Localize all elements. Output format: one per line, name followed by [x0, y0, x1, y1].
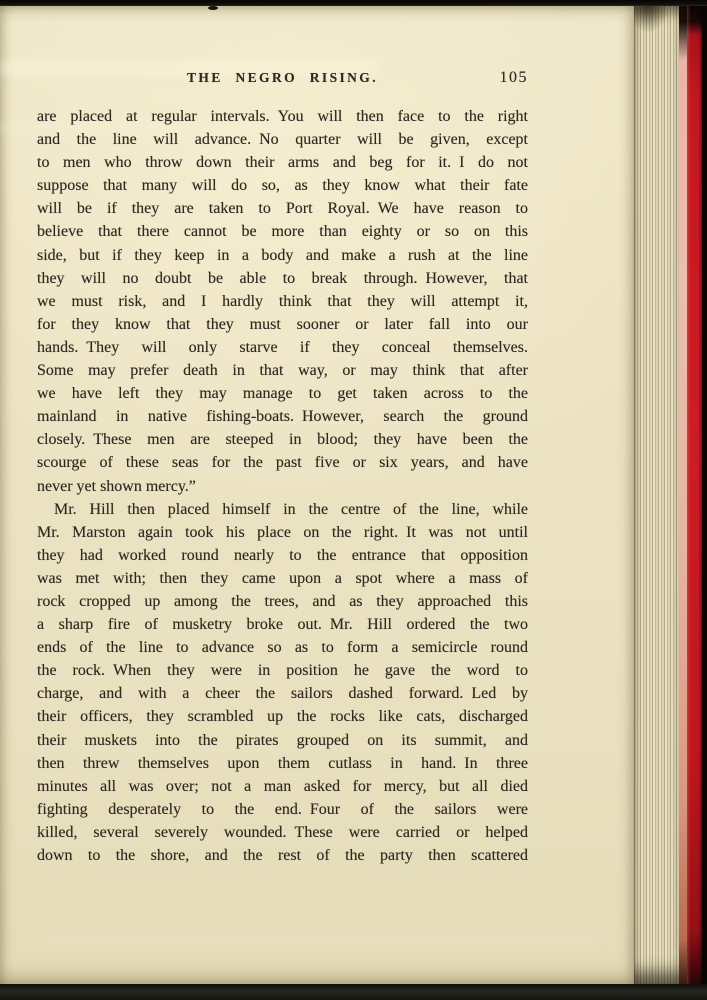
- running-header: THE NEGRO RISING. 105: [37, 70, 528, 92]
- text-line: to men who throw down their arms and beg…: [37, 151, 528, 174]
- text-line: scourge of these seas for the past five …: [37, 451, 528, 474]
- text-line: then threw themselves upon them cutlass …: [37, 752, 528, 775]
- text-line: ends of the line to advance so as to for…: [37, 636, 528, 659]
- book-cover-red: [687, 0, 702, 1000]
- text-line: mainland in native fishing-boats. Howeve…: [37, 405, 528, 428]
- text-line: for they know that they must sooner or l…: [37, 313, 528, 336]
- scanner-background-bottom: [0, 984, 707, 1000]
- text-line: side, but if they keep in a body and mak…: [37, 244, 528, 267]
- text-line: charge, and with a cheer the sailors das…: [37, 682, 528, 705]
- page-number: 105: [500, 69, 529, 87]
- text-line: they had worked round nearly to the entr…: [37, 544, 528, 567]
- text-line: rock cropped up among the trees, and as …: [37, 590, 528, 613]
- text-line: are placed at regular intervals. You wil…: [37, 105, 528, 128]
- text-line: suppose that many will do so, as they kn…: [37, 174, 528, 197]
- text-line: closely. These men are steeped in blood;…: [37, 428, 528, 451]
- text-line: killed, several severely wounded. These …: [37, 821, 528, 844]
- text-line: a sharp fire of musketry broke out. Mr. …: [37, 613, 528, 636]
- text-line: will be if they are taken to Port Royal.…: [37, 197, 528, 220]
- scan-light-band: [40, 935, 600, 943]
- scanner-background-top: [0, 0, 707, 6]
- page-fore-edge: [634, 4, 679, 985]
- text-line: down to the shore, and the rest of the p…: [37, 844, 528, 867]
- text-line: their officers, they scrambled up the ro…: [37, 705, 528, 728]
- book-scan: THE NEGRO RISING. 105 are placed at regu…: [0, 0, 707, 1000]
- text-line: was met with; then they came upon a spot…: [37, 567, 528, 590]
- text-line: we must risk, and I hardly think that th…: [37, 290, 528, 313]
- text-line: never yet shown mercy.”: [37, 475, 528, 498]
- header-title: THE NEGRO RISING.: [37, 70, 528, 86]
- text-line: believe that there cannot be more than e…: [37, 220, 528, 243]
- text-line: Mr. Hill then placed himself in the cent…: [37, 498, 528, 521]
- text-line: Mr. Marston again took his place on the …: [37, 521, 528, 544]
- text-block: are placed at regular intervals. You wil…: [37, 105, 528, 867]
- endpaper-strip: [679, 0, 687, 1000]
- text-line: they will no doubt be able to break thro…: [37, 267, 528, 290]
- text-line: fighting desperately to the end. Four of…: [37, 798, 528, 821]
- text-line: and the line will advance. No quarter wi…: [37, 128, 528, 151]
- scanner-background: [702, 0, 707, 1000]
- text-line: hands. They will only starve if they con…: [37, 336, 528, 359]
- text-line: the rock. When they were in position he …: [37, 659, 528, 682]
- text-line: Some may prefer death in that way, or ma…: [37, 359, 528, 382]
- text-line: minutes all was over; not a man asked fo…: [37, 775, 528, 798]
- dust-speck: [208, 6, 218, 10]
- text-line: we have left they may manage to get take…: [37, 382, 528, 405]
- text-line: their muskets into the pirates grouped o…: [37, 729, 528, 752]
